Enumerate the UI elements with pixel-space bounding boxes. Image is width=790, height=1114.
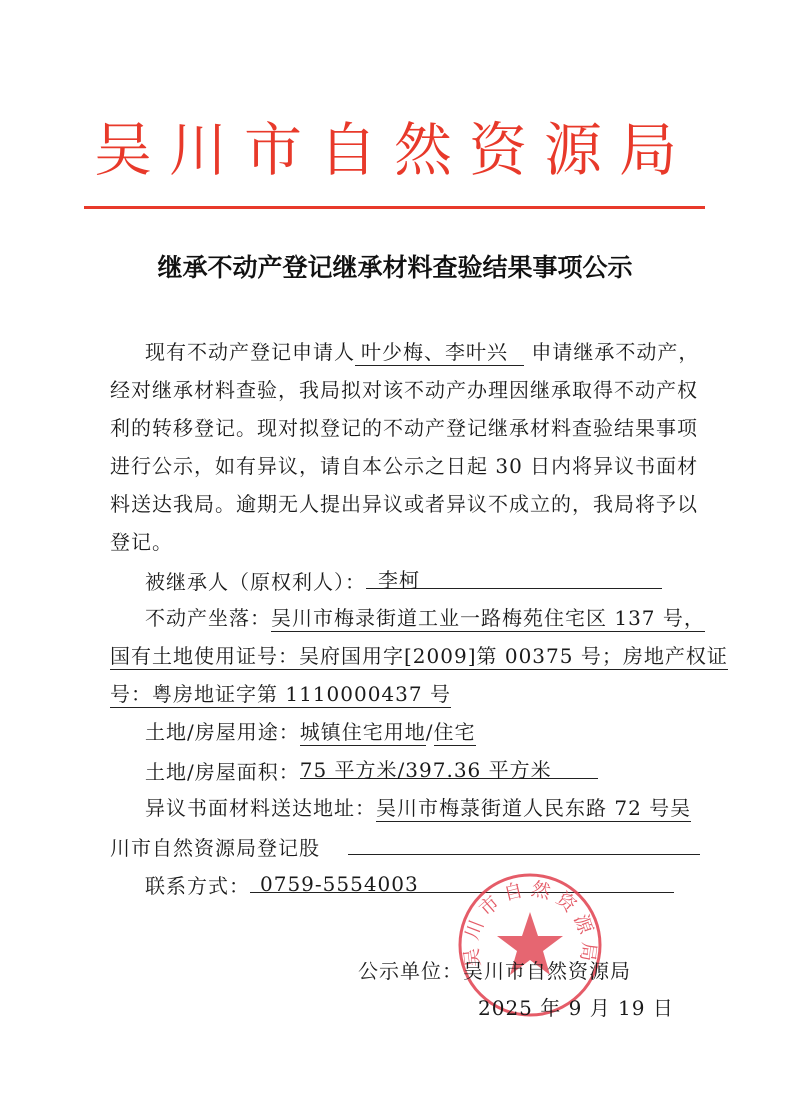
location-label: 不动产坐落： [145,606,271,630]
agency-masthead: 吴川市自然资源局 [84,100,704,190]
area-value: 75 平方米/397.36 平方米 [300,756,552,784]
text-prefix: 现有不动产登记申请人 [145,340,355,364]
paragraph-line-5: 料送达我局。逾期无人提出异议或者异议不成立的，我局将予以 [110,490,698,518]
signature-unit-label: 公示单位： [358,959,463,983]
area-label: 土地/房屋面积： [145,760,300,784]
signature-date: 2025 年 9 月 19 日 [478,992,674,1021]
usage-land-value: 城镇住宅用地 [300,720,426,746]
usage-separator: / [426,720,434,744]
paragraph-line-1: 现有不动产登记申请人叶少梅、李叶兴 申请继承不动产， [145,338,699,366]
objection-address-underline [348,832,700,855]
text-suffix: 申请继承不动产， [531,340,699,364]
signature-unit-name: 吴川市自然资源局 [463,959,631,983]
contact-value: 0759-5554003 [260,870,419,898]
objection-address-label: 异议书面材料送达地址： [145,796,376,820]
usage-house-value: 住宅 [434,720,476,746]
paragraph-line-4: 进行公示，如有异议，请自本公示之日起 30 日内将异议书面材 [110,452,698,480]
decedent-label: 被继承人（原权利人）： [145,570,366,594]
area-row: 土地/房屋面积：75 平方米/397.36 平方米 [145,756,598,786]
objection-address-line-1: 吴川市梅菉街道人民东路 72 号吴 [376,796,691,822]
location-line-1: 吴川市梅录街道工业一路梅苑住宅区 137 号， [271,606,705,632]
document-title: 继承不动产登记继承材料查验结果事项公示 [0,248,790,284]
usage-row: 土地/房屋用途：城镇住宅用地/住宅 [145,718,476,746]
signature-unit: 公示单位：吴川市自然资源局 [358,955,631,984]
usage-label: 土地/房屋用途： [145,720,300,744]
location-line-2: 国有土地使用证号：吴府国用字[2009]第 00375 号；房地产权证 [110,644,728,670]
location-row: 不动产坐落：吴川市梅录街道工业一路梅苑住宅区 137 号， [145,604,705,632]
applicants-value: 叶少梅、李叶兴 [355,340,524,366]
area-underline: 75 平方米/397.36 平方米 [300,756,598,779]
location-row-3: 号：粤房地证字第 1110000437 号 [110,680,451,708]
location-line-3: 号：粤房地证字第 1110000437 号 [110,682,451,708]
contact-label: 联系方式： [145,874,250,898]
notice-page: 吴川市自然资源局 继承不动产登记继承材料查验结果事项公示 现有不动产登记申请人叶… [0,0,790,1114]
location-row-2: 国有土地使用证号：吴府国用字[2009]第 00375 号；房地产权证 [110,642,728,670]
decedent-underline: 李柯 [366,566,662,589]
decedent-value: 李柯 [378,566,420,594]
objection-address-row-2: 川市自然资源局登记股 [110,832,700,862]
decedent-row: 被继承人（原权利人）：李柯 [145,566,662,596]
paragraph-line-3: 利的转移登记。现对拟登记的不动产登记继承材料查验结果事项 [110,414,698,442]
paragraph-line-6: 登记。 [110,528,173,556]
objection-address-row: 异议书面材料送达地址：吴川市梅菉街道人民东路 72 号吴 [145,794,691,822]
objection-address-line-2: 川市自然资源局登记股 [110,836,320,860]
paragraph-line-2: 经对继承材料查验，我局拟对该不动产办理因继承取得不动产权 [110,376,698,404]
red-divider [84,206,705,209]
